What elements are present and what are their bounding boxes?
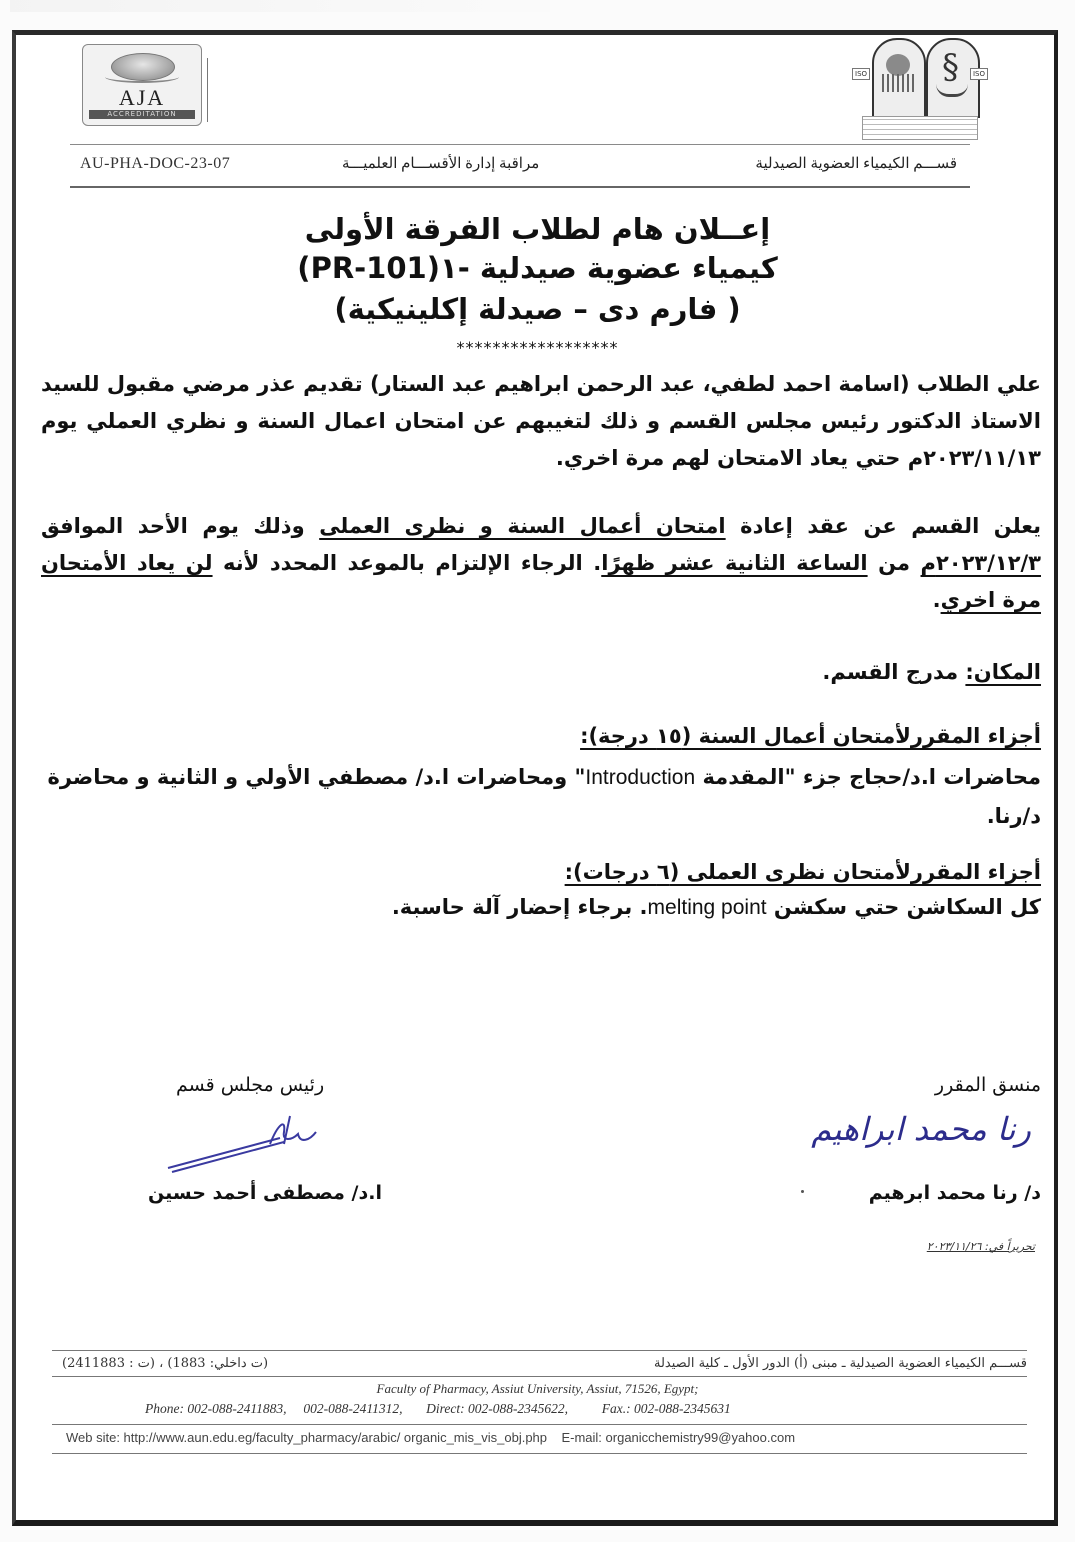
sun-icon xyxy=(886,54,910,76)
head-signature xyxy=(160,1110,350,1176)
university-arch xyxy=(872,38,926,118)
snake-icon: § xyxy=(942,50,959,84)
footer-tel-ar: (ت داخلي: 1883) ، (ت : 2411883) xyxy=(62,1356,268,1371)
coordinator-label: منسق المقرر xyxy=(935,1074,1041,1096)
footer-phones: Phone: 002-088-2411883, 002-088-2411312,… xyxy=(145,1401,731,1417)
print-date: تحريراً في: ٢٠٢٣/١١/٢٦ xyxy=(927,1240,1035,1253)
paragraph-excuse: علي الطلاب (اسامة احمد لطفي، عبد الرحمن … xyxy=(41,366,1041,477)
university-logo: ISO § ISO xyxy=(850,38,990,142)
footer-rule-4 xyxy=(52,1453,1027,1454)
announcement-title: إعــلان هام لطلاب الفرقة الأولى xyxy=(0,212,1075,246)
place-value: مدرج القسم. xyxy=(822,660,965,684)
aja-logo-text: AJA xyxy=(83,85,201,111)
logo-caption xyxy=(862,116,978,140)
reexam-date: ٢٠٢٣/١٢/٣م xyxy=(921,551,1041,575)
section-practical-heading: أجزاء المقررلأمتحان نظرى العملى (٦ درجات… xyxy=(565,860,1041,884)
department-name: قســـم الكيمياء العضوية الصيدلية xyxy=(755,154,957,173)
reexam-exam-name: امتحان أعمال السنة و نظرى العملى xyxy=(319,514,725,538)
reexam-text-5: . xyxy=(933,588,941,612)
head-label: رئيس مجلس قسم xyxy=(176,1074,324,1096)
reexam-time: الساعة الثانية عشر ظهرًا xyxy=(601,551,867,575)
iso-label-right: ISO xyxy=(970,68,988,80)
cup-icon xyxy=(936,84,968,97)
section-coursework-body: محاضرات ا.د/حجاج جزء "المقدمة Introducti… xyxy=(41,758,1041,835)
logo-divider xyxy=(207,58,208,122)
footer-web-email: Web site: http://www.aun.edu.eg/faculty_… xyxy=(66,1430,795,1445)
signature-scribble-icon xyxy=(160,1110,350,1176)
exam-place: المكان: مدرج القسم. xyxy=(822,660,1041,684)
reexam-text-1: يعلن القسم عن عقد إعادة xyxy=(726,514,1041,538)
coordinator-name: د/ رنا محمد ابرهيم xyxy=(869,1182,1041,1204)
coursework-text-1: محاضرات ا.د/حجاج جزء "المقدمة xyxy=(695,765,1041,789)
reexam-text-4: . الرجاء الإلتزام بالموعد المحدد لأنه xyxy=(213,551,602,575)
scan-smear xyxy=(10,0,550,12)
document-code: AU-PHA-DOC-23-07 xyxy=(80,155,230,173)
header-rule-top xyxy=(70,144,970,145)
aja-logo-band: ACCREDITATION xyxy=(89,110,195,119)
head-name: ا.د/ مصطفى أحمد حسين xyxy=(148,1182,382,1204)
program-title: ( فارم دى – صيدلة إكلينيكية) xyxy=(0,292,1075,326)
footer-rule-2 xyxy=(52,1376,1027,1377)
practical-text-2: . برجاء إحضار آلة حاسبة. xyxy=(392,895,648,919)
aja-logo: AJA ACCREDITATION xyxy=(82,44,202,126)
reexam-text-3: من xyxy=(868,551,921,575)
footer-address-ar: قســـم الكيمياء العضوية الصيدلية ـ مبنى … xyxy=(654,1356,1027,1371)
footer-rule-3 xyxy=(52,1424,1027,1425)
scan-dot xyxy=(801,1190,804,1193)
section-practical-body: كل السكاشن حتي سكشن melting point. برجاء… xyxy=(392,895,1041,920)
iso-label-left: ISO xyxy=(852,68,870,80)
reexam-text-2: وذلك يوم الأحد الموافق xyxy=(41,514,319,538)
place-label: المكان: xyxy=(965,660,1041,684)
course-title: كيمياء عضوية صيدلية -١(PR-101) xyxy=(0,251,1075,285)
rays-icon xyxy=(882,74,914,92)
stars-divider: ****************** xyxy=(0,338,1075,357)
paragraph-reexam: يعلن القسم عن عقد إعادة امتحان أعمال الس… xyxy=(41,508,1041,619)
practical-text-1: كل السكاشن حتي سكشن xyxy=(767,895,1041,919)
monitoring-dept: مراقبة إدارة الأقســـام العلميـــة xyxy=(342,154,539,173)
coordinator-signature: رنا محمد ابراهيم xyxy=(811,1110,1031,1148)
practical-english-term: melting point xyxy=(648,896,767,919)
coursework-english-term: Introduction xyxy=(585,766,695,789)
footer-faculty-address: Faculty of Pharmacy, Assiut University, … xyxy=(0,1381,1075,1397)
ring-icon xyxy=(105,71,179,83)
footer-rule-1 xyxy=(52,1350,1027,1351)
header-rule-bottom xyxy=(70,186,970,188)
section-coursework-heading: أجزاء المقررلأمتحان أعمال السنة (١٥ درجة… xyxy=(580,724,1041,748)
